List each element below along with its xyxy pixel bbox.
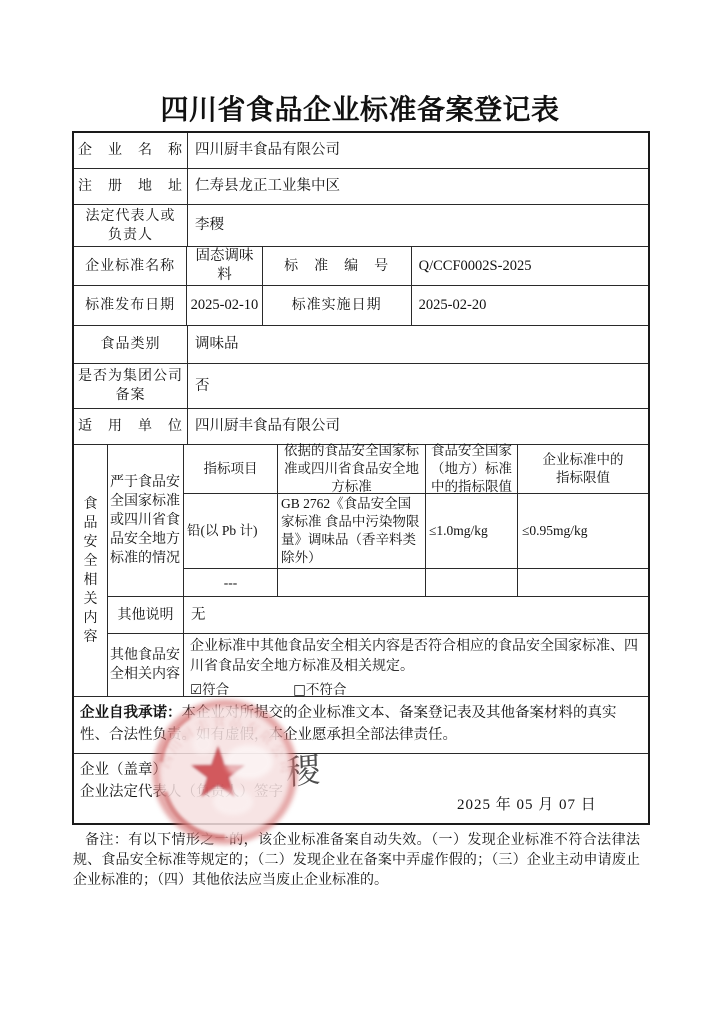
header-basis: 依据的食品安全国家标准或四川省食品安全地方标准 (278, 445, 426, 494)
limit-item: 铅(以 Pb 计) (184, 494, 278, 569)
table-row: 食品类别 调味品 (74, 326, 648, 364)
food-safety-label-column: 严于食品安全国家标准或四川省食品安全地方标准的情况 其他说明 其他食品安全相关内… (108, 445, 184, 697)
food-safety-section: 食品安全相关内容 严于食品安全国家标准或四川省食品安全地方标准的情况 其他说明 … (74, 445, 648, 697)
table-row: 标准发布日期 2025-02-10 标准实施日期 2025-02-20 (74, 286, 648, 326)
limit-enterprise (518, 569, 648, 597)
limits-table-row: 铅(以 Pb 计) GB 2762《食品安全国家标准 食品中污染物限量》调味品（… (184, 494, 648, 569)
implement-date-value: 2025-02-20 (412, 286, 648, 326)
header-enterprise-limit: 企业标准中的指标限值 (518, 445, 648, 494)
registration-table: 企 业 名 称 四川厨丰食品有限公司 注 册 地 址 仁寿县龙正工业集中区 法定… (72, 131, 650, 825)
company-name-label: 企 业 名 称 (74, 133, 188, 169)
standard-name-value: 固态调味料 (187, 247, 262, 286)
other-content-row: 企业标准中其他食品安全相关内容是否符合相应的食品安全国家标准、四川省食品安全地方… (184, 634, 648, 697)
standard-no-value: Q/CCF0002S-2025 (412, 247, 648, 286)
table-row: 适 用 单 位 四川厨丰食品有限公司 (74, 409, 648, 445)
commitment-row: 企业自我承诺：本企业对所提交的企业标准文本、备案登记表及其他备案材料的真实性、合… (74, 697, 648, 754)
other-content-label: 其他食品安全相关内容 (108, 634, 184, 697)
implement-date-label: 标准实施日期 (263, 286, 412, 326)
stricter-standard-label: 严于食品安全国家标准或四川省食品安全地方标准的情况 (108, 445, 184, 597)
table-row: 是否为集团公司备案 否 (74, 364, 648, 409)
company-seal-line: 企业（盖章） (80, 759, 642, 781)
commitment-label: 企业自我承诺： (80, 705, 182, 721)
food-safety-detail-column: 指标项目 依据的食品安全国家标准或四川省食品安全地方标准 食品安全国家（地方）标… (184, 445, 648, 697)
table-row: 法定代表人或负责人 李稷 (74, 205, 648, 247)
food-safety-side-label: 食品安全相关内容 (74, 445, 108, 697)
signature-row: 企业（盖章） 企业法定代表人（负责人）签字 2025 年 05 月 07 日 (74, 754, 648, 827)
limit-basis (278, 569, 426, 597)
other-note-row: 无 (184, 597, 648, 634)
legal-rep-label: 法定代表人或负责人 (74, 205, 188, 247)
table-row: 企 业 名 称 四川厨丰食品有限公司 (74, 133, 648, 169)
legal-rep-value: 李稷 (188, 205, 648, 247)
document-page: 四川省食品企业标准备案登记表 企 业 名 称 四川厨丰食品有限公司 注 册 地 … (0, 0, 720, 1020)
limit-national: ≤1.0mg/kg (426, 494, 518, 569)
standard-no-label: 标 准 编 号 (263, 247, 412, 286)
signature-date: 2025 年 05 月 07 日 (457, 794, 597, 816)
registered-address-label: 注 册 地 址 (74, 169, 188, 205)
other-note-label: 其他说明 (108, 597, 184, 634)
applicable-unit-value: 四川厨丰食品有限公司 (188, 409, 648, 445)
applicable-unit-label: 适 用 单 位 (74, 409, 188, 445)
limit-enterprise: ≤0.95mg/kg (518, 494, 648, 569)
publish-date-value: 2025-02-10 (187, 286, 262, 326)
handwritten-signature: 稷 (285, 742, 321, 795)
limit-national (426, 569, 518, 597)
header-item: 指标项目 (184, 445, 278, 494)
group-filing-label: 是否为集团公司备案 (74, 364, 188, 409)
table-row: 企业标准名称 固态调味料 标 准 编 号 Q/CCF0002S-2025 (74, 247, 648, 286)
table-row: 注 册 地 址 仁寿县龙正工业集中区 (74, 169, 648, 205)
limits-table-header-row: 指标项目 依据的食品安全国家标准或四川省食品安全地方标准 食品安全国家（地方）标… (184, 445, 648, 494)
other-note-value: 无 (184, 597, 648, 634)
publish-date-label: 标准发布日期 (74, 286, 187, 326)
registered-address-value: 仁寿县龙正工业集中区 (188, 169, 648, 205)
page-title: 四川省食品企业标准备案登记表 (0, 88, 720, 128)
limits-table-row: --- (184, 569, 648, 597)
food-category-value: 调味品 (188, 326, 648, 364)
group-filing-value: 否 (188, 364, 648, 409)
standard-name-label: 企业标准名称 (74, 247, 187, 286)
limit-item: --- (184, 569, 278, 597)
company-name-value: 四川厨丰食品有限公司 (188, 133, 648, 169)
header-national-limit: 食品安全国家（地方）标准中的指标限值 (426, 445, 518, 494)
limit-basis: GB 2762《食品安全国家标准 食品中污染物限量》调味品（香辛料类除外） (278, 494, 426, 569)
remark-note: 备注：有以下情形之一的，该企业标准备案自动失效。（一）发现企业标准不符合法律法规… (73, 831, 640, 891)
food-category-label: 食品类别 (74, 326, 188, 364)
other-content-statement: 企业标准中其他食品安全相关内容是否符合相应的食品安全国家标准、四川省食品安全地方… (190, 639, 638, 674)
